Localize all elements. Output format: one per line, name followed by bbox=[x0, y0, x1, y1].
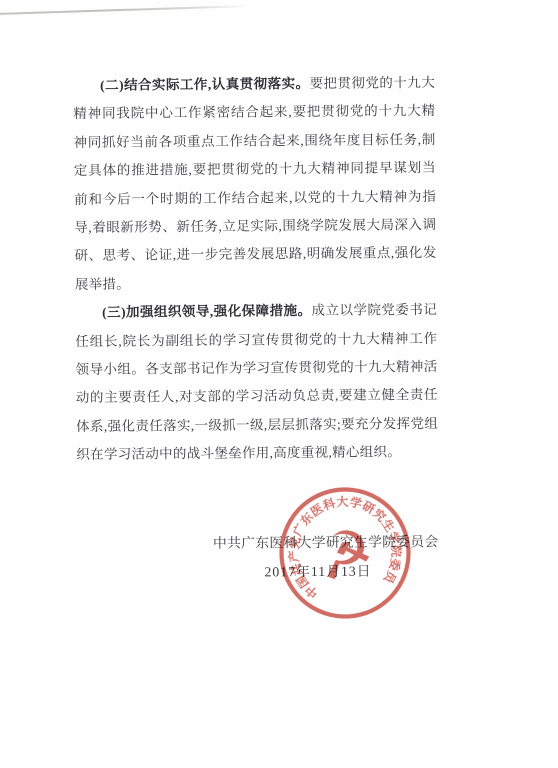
hammer-sickle-icon: ☭ bbox=[311, 516, 381, 595]
paragraph-3: (三)加强组织领导,强化保障措施。成立以学院党委书记任组长,院长为副组长的学习宣… bbox=[75, 296, 438, 470]
scan-artifact-line bbox=[0, 5, 250, 15]
paragraph-3-text: 成立以学院党委书记任组长,院长为副组长的学习宣传贯彻党的十九大精神工作领导小组。… bbox=[75, 302, 438, 462]
paragraph-2-text: 要把贯彻党的十九大精神同我院中心工作紧密结合起来,要把贯彻党的十九大精神同抓好当… bbox=[73, 75, 436, 292]
paragraph-3-heading: (三)加强组织领导,强化保障措施。 bbox=[102, 303, 312, 320]
seal-graphic: 中国共产党广东医科大学研究生学院委员会 ☭ bbox=[263, 471, 428, 636]
scanned-document-page: { "page": { "paragraphs": [ { "lead": "(… bbox=[0, 0, 558, 768]
paragraph-2: (二)结合实际工作,认真贯彻落实。要把贯彻党的十九大精神同我院中心工作紧密结合起… bbox=[73, 69, 437, 299]
document-body: (二)结合实际工作,认真贯彻落实。要把贯彻党的十九大精神同我院中心工作紧密结合起… bbox=[73, 69, 438, 470]
official-seal: 中国共产党广东医科大学研究生学院委员会 ☭ bbox=[263, 471, 428, 636]
paragraph-2-heading: (二)结合实际工作,认真贯彻落实。 bbox=[100, 76, 310, 93]
